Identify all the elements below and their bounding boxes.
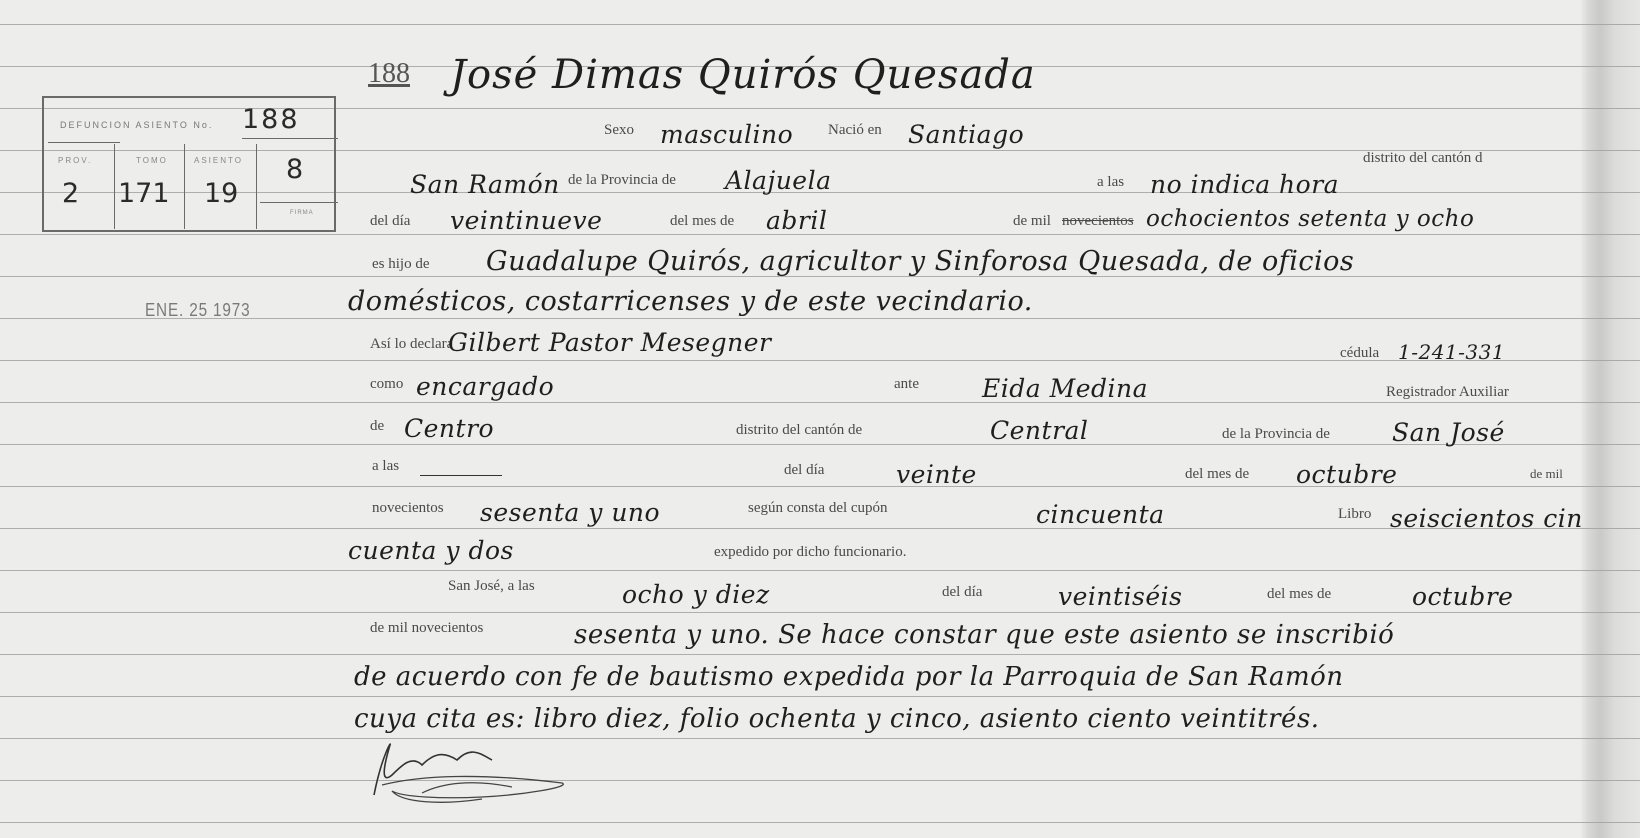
label-ante: ante (894, 376, 919, 393)
value-declarante: Gilbert Pastor Mesegner (448, 328, 772, 357)
value-mes3: octubre (1412, 582, 1513, 611)
label-expedido: expedido por dicho funcionario. (714, 544, 906, 561)
ruled-line (0, 822, 1640, 823)
deceased-name: José Dimas Quirós Quesada (450, 52, 1036, 98)
label-sexo: Sexo (604, 122, 634, 139)
label-provincia: de la Provincia de (568, 172, 676, 189)
label-a-las2: a las (372, 458, 399, 475)
stamp-value-firma: 8 (286, 154, 303, 185)
stamp-value-prov: 2 (62, 178, 79, 209)
value-dia: veintinueve (450, 206, 602, 235)
value-sexo: masculino (660, 120, 793, 149)
value-nota-1: de acuerdo con fe de bautismo expedida p… (354, 662, 1344, 692)
value-distrito: Centro (404, 414, 494, 443)
stamp-value-asiento: 19 (204, 178, 238, 209)
stamp-header: DEFUNCION ASIENTO No. (60, 120, 213, 130)
label-distrito-canton-de: distrito del cantón de (736, 422, 862, 439)
stamp-label-asiento: ASIENTO (194, 156, 243, 165)
signature-icon (362, 735, 602, 805)
value-cupon: cincuenta (1036, 500, 1165, 529)
value-canton: San Ramón (410, 170, 560, 199)
ruled-line (0, 24, 1640, 25)
value-nota-2: cuya cita es: libro diez, folio ochenta … (354, 704, 1320, 734)
label-de-mil-nov: de mil novecientos (370, 620, 483, 637)
stamp-divider (242, 138, 338, 139)
label-del-dia2: del día (784, 462, 824, 479)
date-stamp: ENE. 25 1973 (145, 300, 250, 321)
label-libro: Libro (1338, 506, 1371, 523)
ruled-line (0, 780, 1640, 781)
label-novecientos: novecientos (372, 500, 444, 517)
ruled-line (0, 612, 1640, 613)
ruled-line (0, 738, 1640, 739)
entry-number: 188 (368, 58, 410, 90)
stamp-label-firma: FIRMA (290, 210, 314, 216)
stamp-divider (184, 144, 185, 229)
value-anio2: sesenta y uno (480, 498, 660, 527)
ruled-line (0, 360, 1640, 361)
label-del-mes3: del mes de (1267, 586, 1331, 603)
label-del-mes2: del mes de (1185, 466, 1249, 483)
blank-hora (420, 466, 502, 484)
value-anio3: sesenta y uno. Se hace constar que este … (574, 620, 1394, 650)
ledger-page: DEFUNCION ASIENTO No. 188 PROV. TOMO ASI… (0, 0, 1640, 838)
value-cedula: 1-241-331 (1398, 340, 1505, 364)
label-de: de (370, 418, 384, 435)
label-es-hijo: es hijo de (372, 256, 430, 273)
value-padres-1: Guadalupe Quirós, agricultor y Sinforosa… (486, 246, 1354, 277)
label-declara: Así lo declara (370, 336, 453, 353)
value-dia3: veintiséis (1058, 582, 1183, 611)
label-del-dia3: del día (942, 584, 982, 601)
value-hora: no indica hora (1150, 170, 1339, 199)
value-registrador: Eida Medina (982, 374, 1148, 403)
stamp-divider (260, 202, 338, 203)
ruled-line (0, 696, 1640, 697)
value-padres-2: domésticos, costarricenses y de este vec… (348, 286, 1033, 317)
label-del-dia: del día (370, 213, 410, 230)
stamp-divider (256, 144, 257, 229)
label-de-mil: de mil (1013, 213, 1051, 230)
value-libro-2: cuenta y dos (348, 536, 514, 565)
value-hora3: ocho y diez (622, 580, 770, 609)
label-del-mes: del mes de (670, 213, 734, 230)
registry-stamp: DEFUNCION ASIENTO No. 188 PROV. TOMO ASI… (42, 96, 336, 232)
stamp-label-tomo: TOMO (136, 156, 168, 165)
stamp-asiento-number: 188 (242, 104, 300, 135)
value-anio: ochocientos setenta y ocho (1146, 206, 1474, 232)
value-canton2: Central (990, 416, 1088, 445)
value-provincia2: San José (1392, 418, 1505, 447)
value-provincia: Alajuela (725, 166, 832, 195)
label-nacio-en: Nació en (828, 122, 882, 139)
value-como: encargado (416, 372, 554, 401)
label-cedula: cédula (1340, 345, 1379, 362)
label-san-jose: San José, a las (448, 578, 535, 595)
stamp-divider (114, 144, 115, 229)
label-provincia2: de la Provincia de (1222, 426, 1330, 443)
value-mes: abril (766, 206, 827, 235)
value-mes2: octubre (1296, 460, 1397, 489)
label-a-las: a las (1097, 174, 1124, 191)
ruled-line (0, 570, 1640, 571)
label-segun-cupon: según consta del cupón (748, 500, 888, 517)
stamp-divider (48, 142, 120, 143)
label-distrito-canton: distrito del cantón d (1363, 150, 1483, 167)
ruled-line (0, 402, 1640, 403)
struck-novecientos: novecientos (1062, 213, 1134, 230)
label-como: como (370, 376, 403, 393)
value-lugar: Santiago (908, 120, 1024, 149)
value-dia2: veinte (896, 460, 977, 489)
value-libro-1: seiscientos cin (1390, 504, 1583, 533)
stamp-value-tomo: 171 (118, 178, 170, 209)
label-registrador: Registrador Auxiliar (1386, 384, 1509, 401)
ruled-line (0, 654, 1640, 655)
stamp-label-prov: PROV. (58, 156, 92, 165)
label-de-mil2: de mil (1530, 466, 1563, 482)
